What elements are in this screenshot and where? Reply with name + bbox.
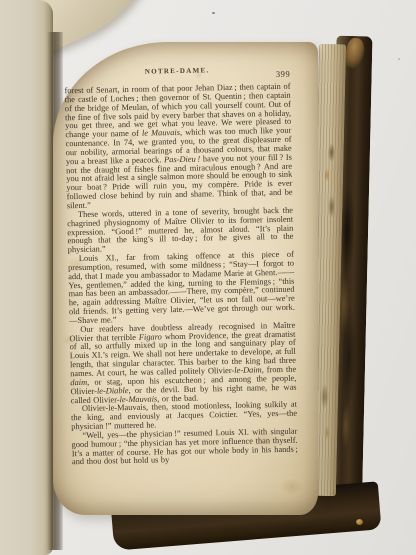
page-text: NOTRE-DAME. 399 forest of Senart, in roo… [64, 62, 298, 468]
facing-page [0, 0, 53, 555]
dust-speck [212, 12, 215, 14]
book-photo: NOTRE-DAME. 399 forest of Senart, in roo… [0, 0, 416, 555]
paragraphs: forest of Senart, in room of that poor J… [64, 83, 298, 468]
paragraph: forest of Senart, in room of that poor J… [64, 83, 292, 211]
paragraph: Our readers have doubtless already recog… [69, 321, 297, 405]
paragraph: These words, uttered in a tone of severi… [67, 207, 294, 256]
cover-corner-stud [356, 519, 363, 525]
running-title: NOTRE-DAME. [64, 65, 290, 78]
dust-speck [398, 58, 400, 60]
paragraph: “Well, yes—the physician !” resumed Loui… [71, 428, 298, 468]
page-number: 399 [276, 70, 291, 79]
paragraph: Louis XI., far from taking offence at th… [68, 251, 295, 326]
